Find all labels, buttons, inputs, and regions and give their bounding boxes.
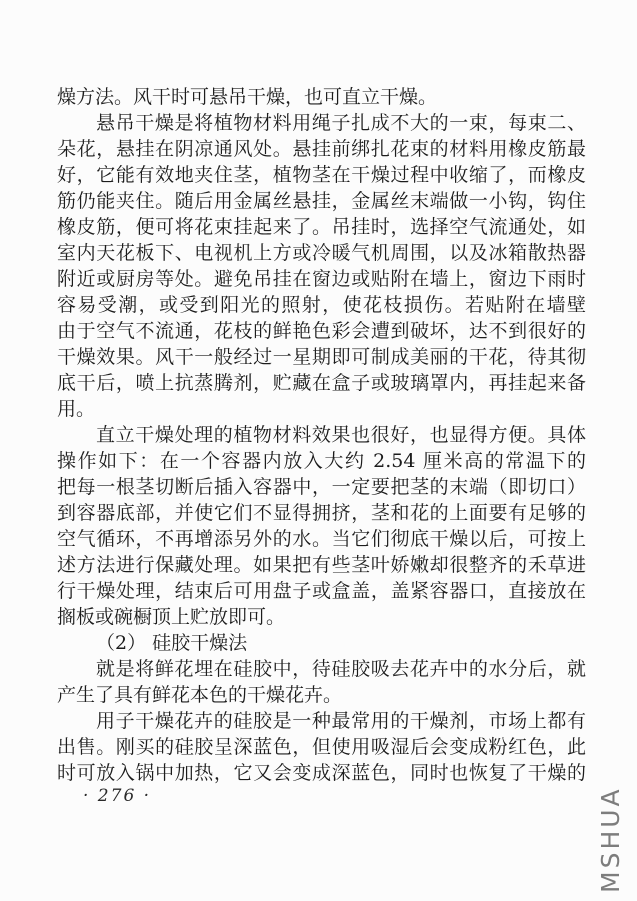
text-line: 搁板或碗橱顶上贮放即可。 bbox=[57, 604, 586, 630]
text-line: 用。 bbox=[57, 396, 586, 422]
text-line: （2） 硅胶干燥法 bbox=[57, 630, 586, 656]
text-line: 室内天花板下、电视机上方或冷暖气机周围，以及冰箱散热器 bbox=[57, 240, 586, 266]
text-line: 述方法进行保藏处理。如果把有些茎叶娇嫩却很整齐的禾草进 bbox=[57, 552, 586, 578]
text-line: 空气循环，不再增添另外的水。当它们彻底干燥以后，可按上 bbox=[57, 526, 586, 552]
text-line: 时可放入锅中加热，它又会变成深蓝色，同时也恢复了干燥的 bbox=[57, 760, 586, 786]
text-line: 把每一根茎切断后插入容器中，一定要把茎的末端（即切口）插 bbox=[57, 474, 586, 500]
text-line: 燥方法。风干时可悬吊干燥，也可直立干燥。 bbox=[57, 84, 586, 110]
text-line: 底干后，喷上抗蒸腾剂，贮藏在盒子或玻璃罩内，再挂起来备 bbox=[57, 370, 586, 396]
text-line: 筋仍能夹住。随后用金属丝悬挂，金属丝末端做一小钩，钩住 bbox=[57, 188, 586, 214]
text-line: 行干燥处理，结束后可用盘子或盒盖，盖紧容器口，直接放在 bbox=[57, 578, 586, 604]
text-line: 附近或厨房等处。避免吊挂在窗边或贴附在墙上，窗边下雨时 bbox=[57, 266, 586, 292]
text-line: 操作如下：在一个容器内放入大约 2.54 厘米高的常温下的水， bbox=[57, 448, 586, 474]
text-line: 朵花，悬挂在阴凉通风处。悬挂前绑扎花束的材料用橡皮筋最 bbox=[57, 136, 586, 162]
text-line: 容易受潮，或受到阳光的照射，使花枝损伤。若贴附在墙壁上， bbox=[57, 292, 586, 318]
text-line: 就是将鲜花埋在硅胶中，待硅胶吸去花卉中的水分后，就 bbox=[57, 656, 586, 682]
page-number: · 276 · bbox=[83, 786, 151, 806]
text-line: 橡皮筋，便可将花束挂起来了。吊挂时，选择空气流通处，如 bbox=[57, 214, 586, 240]
text-line: 干燥效果。风干一般经过一星期即可制成美丽的干花，待其彻 bbox=[57, 344, 586, 370]
scanned-book-page: 燥方法。风干时可悬吊干燥，也可直立干燥。悬吊干燥是将植物材料用绳子扎成不大的一束… bbox=[0, 0, 637, 901]
text-line: 产生了具有鲜花本色的干燥花卉。 bbox=[57, 682, 586, 708]
body-text: 燥方法。风干时可悬吊干燥，也可直立干燥。悬吊干燥是将植物材料用绳子扎成不大的一束… bbox=[57, 84, 586, 786]
text-line: 好，它能有效地夹住茎，植物茎在干燥过程中收缩了，而橡皮 bbox=[57, 162, 586, 188]
text-line: 用子干燥花卉的硅胶是一种最常用的干燥剂，市场上都有 bbox=[57, 708, 586, 734]
text-line: 悬吊干燥是将植物材料用绳子扎成不大的一束，每束二、三 bbox=[57, 110, 586, 136]
text-line: 直立干燥处理的植物材料效果也很好，也显得方便。具体 bbox=[57, 422, 586, 448]
watermark-text: MSHUA bbox=[596, 786, 625, 893]
text-line: 出售。刚买的硅胶呈深蓝色，但使用吸湿后会变成粉红色，此 bbox=[57, 734, 586, 760]
text-line: 到容器底部，并使它们不显得拥挤，茎和花的上面要有足够的 bbox=[57, 500, 586, 526]
text-line: 由于空气不流通，花枝的鲜艳色彩会遭到破坏，达不到很好的 bbox=[57, 318, 586, 344]
